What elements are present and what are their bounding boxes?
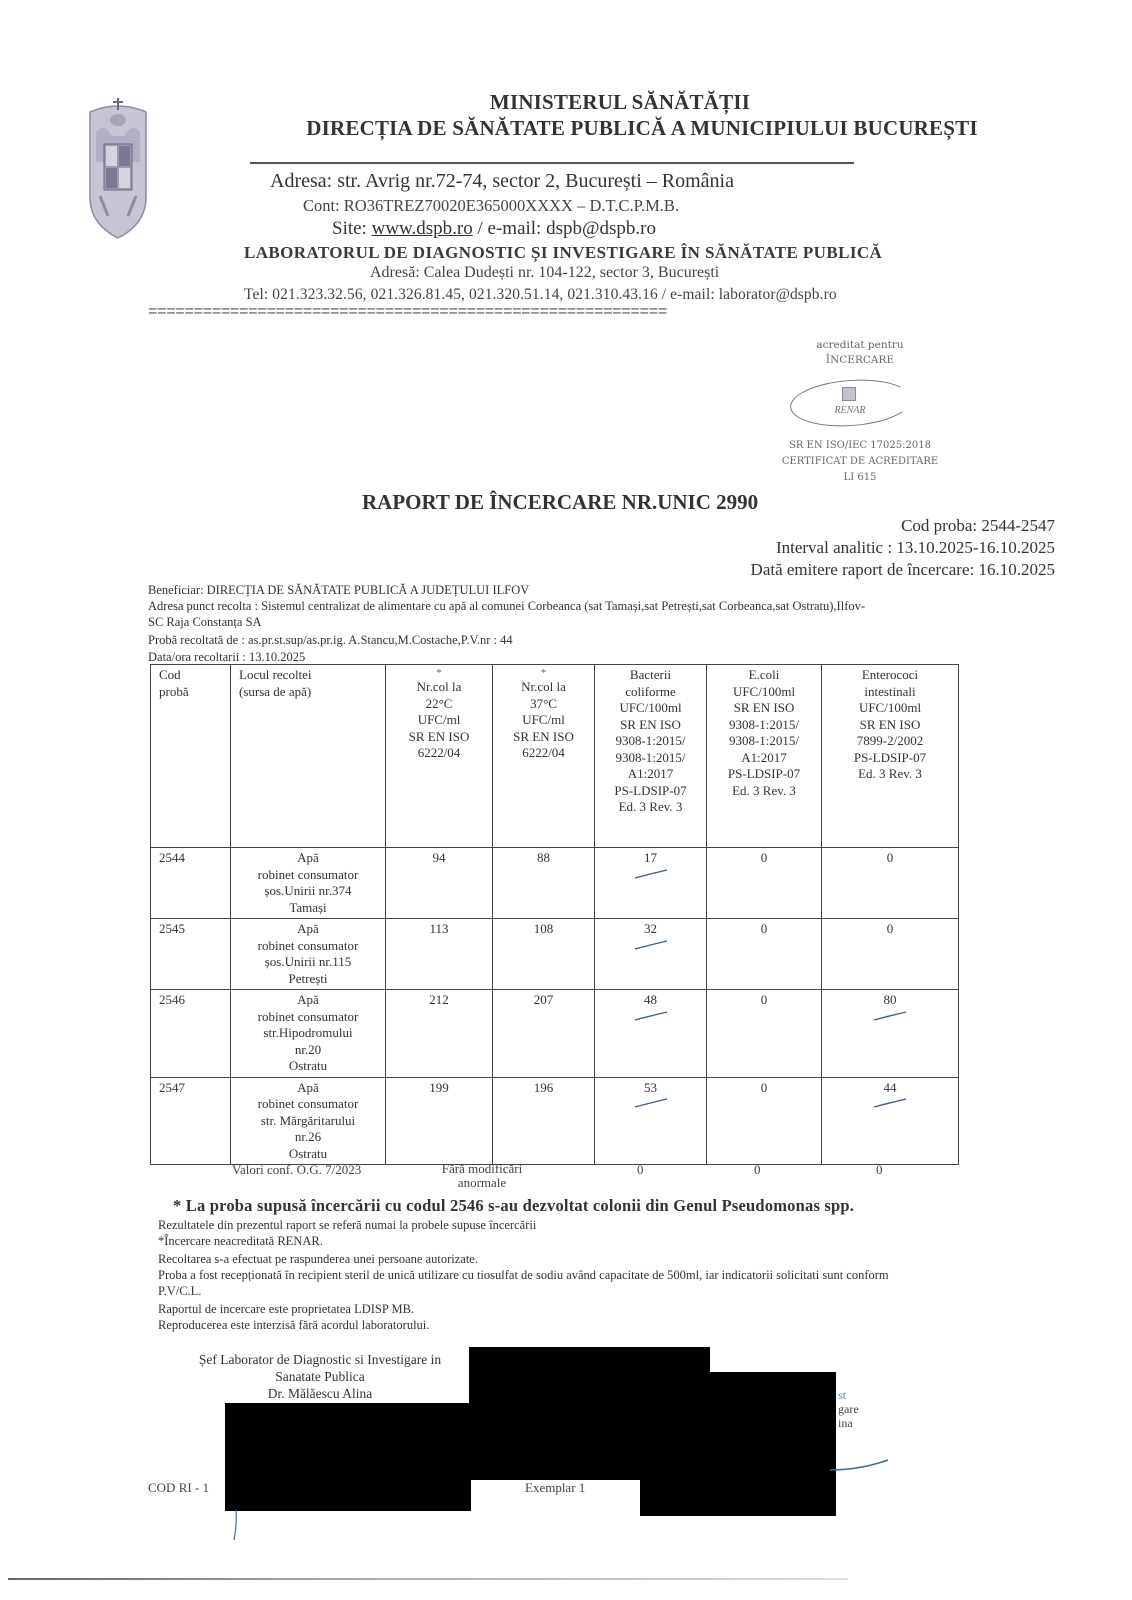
cell-value: 48 — [644, 992, 657, 1007]
cell-value: 88 — [537, 850, 550, 865]
pen-stroke-icon — [830, 1448, 890, 1472]
enterococci-cell: 0 — [822, 919, 959, 990]
note-line: *Încercare neacreditată RENAR. — [158, 1234, 323, 1249]
cell-value: 94 — [433, 850, 446, 865]
colonies-22c-cell: 212 — [386, 990, 493, 1078]
column-header: *Nr.col la37°CUFC/mlSR EN ISO6222/04 — [493, 665, 595, 848]
bank-account: Cont: RO36TREZ70020E365000XXXX – D.T.C.P… — [303, 196, 679, 216]
ministry-title: MINISTERUL SĂNĂTĂȚII — [300, 90, 940, 115]
column-header-line: PS-LDSIP-07 — [710, 766, 818, 783]
directorate-title: DIRECȚIA DE SĂNĂTATE PUBLICĂ A MUNICIPIU… — [262, 116, 1022, 141]
location-line: Apă — [234, 992, 382, 1009]
column-header: Locul recoltei(sursa de apă) — [231, 665, 386, 848]
table-row: 2545Apărobinet consumatorșos.Unirii nr.1… — [151, 919, 959, 990]
analytic-interval: Interval analitic : 13.10.2025-16.10.202… — [776, 538, 1055, 558]
cell-value: 44 — [884, 1080, 897, 1095]
cell-value: 212 — [429, 992, 449, 1007]
stamp-fragment-line: ina — [838, 1416, 859, 1430]
column-header-line: Bacterii — [598, 667, 703, 684]
directorate-address: Adresa: str. Avrig nr.72-74, sector 2, B… — [270, 170, 734, 193]
location-line: Tamași — [234, 900, 382, 917]
issue-date: Dată emitere raport de încercare: 16.10.… — [751, 560, 1055, 580]
limits-enterococci: 0 — [876, 1162, 883, 1178]
location-line: robinet consumator — [234, 1096, 382, 1113]
handwritten-flag-icon — [634, 1098, 668, 1108]
cell-value: 196 — [534, 1080, 554, 1095]
page-bottom-line — [8, 1578, 848, 1580]
sample-code-cell: 2544 — [151, 848, 231, 919]
column-header-line: 9308-1:2015/ — [710, 717, 818, 734]
column-header-line: 9308-1:2015/ — [598, 733, 703, 750]
colonies-37c-cell: 108 — [493, 919, 595, 990]
table-row: 2546Apărobinet consumatorstr.Hipodromulu… — [151, 990, 959, 1078]
colonies-22c-cell: 199 — [386, 1077, 493, 1165]
colonies-37c-cell: 88 — [493, 848, 595, 919]
column-header-line: SR EN ISO — [710, 700, 818, 717]
header-separator: ========================================… — [148, 308, 667, 317]
cell-value: 199 — [429, 1080, 449, 1095]
column-header-line: Ed. 3 Rev. 3 — [598, 799, 703, 816]
location-cell: Apărobinet consumatorstr. Mărgăritarului… — [231, 1077, 386, 1165]
site-line: Site: www.dspb.ro / e-mail: dspb@dspb.ro — [332, 218, 656, 240]
column-header-line: UFC/ml — [496, 712, 591, 729]
column-header-line: SR EN ISO — [389, 729, 489, 746]
collected-by: Probă recoltată de : as.pr.st.sup/as.pr.… — [148, 633, 513, 648]
column-header-line: Nr.col la — [496, 679, 591, 696]
site-link[interactable]: www.dspb.ro — [372, 218, 473, 239]
enterococci-cell: 80 — [822, 990, 959, 1078]
location-line: nr.26 — [234, 1129, 382, 1146]
column-header-line: UFC/100ml — [598, 700, 703, 717]
location-line: Ostratu — [234, 1058, 382, 1075]
location-line: str.Hipodromului — [234, 1025, 382, 1042]
column-header: EnterocociintestinaliUFC/100mlSR EN ISO7… — [822, 665, 959, 848]
note-line: Rezultatele din prezentul raport se refe… — [158, 1218, 536, 1233]
location-line: robinet consumator — [234, 867, 382, 884]
cell-value: 2545 — [159, 921, 185, 936]
cell-value: 108 — [534, 921, 554, 936]
coliform-cell: 53 — [595, 1077, 707, 1165]
redaction-box — [469, 1400, 710, 1480]
cell-value: 207 — [534, 992, 554, 1007]
column-header-line: SR EN ISO — [825, 717, 955, 734]
column-header-line: 9308-1:2015/ — [598, 750, 703, 767]
stamp-fragment: st gare ina — [838, 1388, 859, 1430]
sample-code-cell: 2547 — [151, 1077, 231, 1165]
pseudomonas-note: * La proba supusă încercării cu codul 25… — [173, 1196, 854, 1216]
column-header-line: PS-LDSIP-07 — [598, 783, 703, 800]
column-header-line: Cod — [159, 667, 227, 684]
location-cell: Apărobinet consumatorșos.Unirii nr.374Ta… — [231, 848, 386, 919]
header-divider — [250, 162, 854, 164]
stamp-fragment-line: gare — [838, 1402, 859, 1416]
column-header-line: Enterococi — [825, 667, 955, 684]
handwritten-flag-icon — [634, 869, 668, 879]
renar-logo-icon — [842, 387, 856, 401]
table-row: 2544Apărobinet consumatorșos.Unirii nr.3… — [151, 848, 959, 919]
sample-code: Cod proba: 2544-2547 — [901, 516, 1055, 536]
beneficiary: Beneficiar: DIRECȚIA DE SĂNĂTATE PUBLICĂ… — [148, 583, 529, 598]
site-label: Site: — [332, 218, 372, 239]
location-line: str. Mărgăritarului — [234, 1113, 382, 1130]
water-operator: SC Raja Constanța SA — [148, 615, 262, 630]
note-line: Reproducerea este interzisă fără acordul… — [158, 1318, 429, 1333]
collection-datetime: Data/ora recoltarii : 13.10.2025 — [148, 650, 305, 665]
laboratory-contact: Tel: 021.323.32.56, 021.326.81.45, 021.3… — [244, 286, 837, 304]
colonies-22c-cell: 94 — [386, 848, 493, 919]
cell-value: 53 — [644, 1080, 657, 1095]
ecoli-cell: 0 — [707, 1077, 822, 1165]
note-line: P.V/C.L. — [158, 1284, 201, 1299]
report-title: RAPORT DE ÎNCERCARE NR.UNIC 2990 — [362, 490, 758, 515]
accreditation-number: LI 615 — [745, 470, 975, 486]
stamp-fragment-line: st — [838, 1388, 859, 1402]
signature-name: Dr. Mălăescu Alina — [170, 1385, 470, 1402]
location-cell: Apărobinet consumatorstr.Hipodromuluinr.… — [231, 990, 386, 1078]
column-header-line: (sursa de apă) — [239, 684, 382, 701]
cell-value: 0 — [761, 850, 768, 865]
location-line: șos.Unirii nr.115 — [234, 954, 382, 971]
romania-coat-of-arms-icon — [84, 92, 152, 240]
renar-seal-text: RENAR — [815, 405, 885, 416]
laboratory-address: Adresă: Calea Dudești nr. 104-122, secto… — [370, 264, 719, 282]
column-header-line: 6222/04 — [496, 745, 591, 762]
column-header-line: UFC/100ml — [710, 684, 818, 701]
collection-address: Adresa punct recolta : Sistemul centrali… — [148, 599, 865, 614]
colonies-37c-cell: 196 — [493, 1077, 595, 1165]
column-header-line: 22°C — [389, 696, 489, 713]
site-email: / e-mail: dspb@dspb.ro — [473, 218, 656, 239]
coliform-cell: 48 — [595, 990, 707, 1078]
ecoli-cell: 0 — [707, 990, 822, 1078]
cell-value: 2547 — [159, 1080, 185, 1095]
table-row: 2547Apărobinet consumatorstr. Mărgăritar… — [151, 1077, 959, 1165]
signature-role-2: Sanatate Publica — [170, 1368, 470, 1385]
column-header-line: Ed. 3 Rev. 3 — [710, 783, 818, 800]
accreditation-certificate-label: CERTIFICAT DE ACREDITARE — [745, 454, 975, 470]
accreditation-certificate: SR EN ISO/IEC 17025:2018 CERTIFICAT DE A… — [745, 438, 975, 486]
column-header-line: PS-LDSIP-07 — [825, 750, 955, 767]
handwritten-flag-icon — [634, 940, 668, 950]
colonies-22c-cell: 113 — [386, 919, 493, 990]
column-header-line: coliforme — [598, 684, 703, 701]
cell-value: 0 — [887, 921, 894, 936]
cell-value: 0 — [761, 992, 768, 1007]
location-line: robinet consumator — [234, 938, 382, 955]
cell-value: 113 — [429, 921, 448, 936]
column-header-line: SR EN ISO — [598, 717, 703, 734]
column-header: *Nr.col la22°CUFC/mlSR EN ISO6222/04 — [386, 665, 493, 848]
cell-value: 17 — [644, 850, 657, 865]
enterococci-cell: 44 — [822, 1077, 959, 1165]
location-line: nr.20 — [234, 1042, 382, 1059]
location-line: șos.Unirii nr.374 — [234, 883, 382, 900]
accreditation-line-1: acreditat pentru — [745, 338, 975, 353]
redaction-box — [225, 1403, 471, 1511]
cell-value: 2546 — [159, 992, 185, 1007]
location-line: robinet consumator — [234, 1009, 382, 1026]
column-header-line: UFC/100ml — [825, 700, 955, 717]
laboratory-title: LABORATORUL DE DIAGNOSTIC ȘI INVESTIGARE… — [244, 243, 882, 263]
sample-code-cell: 2546 — [151, 990, 231, 1078]
column-header-line: intestinali — [825, 684, 955, 701]
note-line: Proba a fost recepționată în recipient s… — [158, 1268, 889, 1283]
location-line: Petrești — [234, 971, 382, 988]
location-line: Apă — [234, 850, 382, 867]
accreditation-standard: SR EN ISO/IEC 17025:2018 — [745, 438, 975, 454]
column-header-line: 6222/04 — [389, 745, 489, 762]
note-line: Recoltarea s-a efectuat pe raspunderea u… — [158, 1252, 478, 1267]
limits-coliform: 0 — [637, 1162, 644, 1178]
limits-ecoli: 0 — [754, 1162, 761, 1178]
signature-block: Șef Laborator de Diagnostic si Investiga… — [170, 1351, 470, 1402]
coliform-cell: 17 — [595, 848, 707, 919]
note-line: Raportul de incercare este proprietatea … — [158, 1302, 414, 1317]
cell-value: 0 — [761, 1080, 768, 1095]
accreditation-line-2: ÎNCERCARE — [745, 353, 975, 368]
ecoli-cell: 0 — [707, 848, 822, 919]
column-header-line: 9308-1:2015/ — [710, 733, 818, 750]
column-header-line: probă — [159, 684, 227, 701]
column-header: BacteriicoliformeUFC/100mlSR EN ISO9308-… — [595, 665, 707, 848]
column-header-line: SR EN ISO — [496, 729, 591, 746]
table-header-row: CodprobăLocul recoltei(sursa de apă)*Nr.… — [151, 665, 959, 848]
column-header-line: Locul recoltei — [239, 667, 382, 684]
column-header: Codprobă — [151, 665, 231, 848]
column-header-line: Nr.col la — [389, 679, 489, 696]
results-table: CodprobăLocul recoltei(sursa de apă)*Nr.… — [150, 664, 959, 1165]
accreditation-label: acreditat pentru ÎNCERCARE — [745, 338, 975, 368]
signature-role: Șef Laborator de Diagnostic si Investiga… — [170, 1351, 470, 1368]
column-header-line: 37°C — [496, 696, 591, 713]
column-header-line: A1:2017 — [598, 766, 703, 783]
pen-stroke-icon — [232, 1510, 240, 1540]
limits-label: Valori conf. O.G. 7/2023 — [232, 1162, 361, 1178]
renar-seal-icon — [789, 376, 914, 430]
cell-value: 80 — [884, 992, 897, 1007]
document-code: COD RI - 1 — [148, 1480, 209, 1496]
cell-value: 2544 — [159, 850, 185, 865]
column-header-line: 7899-2/2002 — [825, 733, 955, 750]
ecoli-cell: 0 — [707, 919, 822, 990]
column-header-line: Ed. 3 Rev. 3 — [825, 766, 955, 783]
column-header-line: UFC/ml — [389, 712, 489, 729]
non-accredited-marker: * — [389, 667, 489, 679]
sample-code-cell: 2545 — [151, 919, 231, 990]
column-header-line: A1:2017 — [710, 750, 818, 767]
handwritten-flag-icon — [873, 1098, 907, 1108]
cell-value: 0 — [761, 921, 768, 936]
cell-value: 32 — [644, 921, 657, 936]
enterococci-cell: 0 — [822, 848, 959, 919]
location-line: Ostratu — [234, 1146, 382, 1163]
column-header-line: E.coli — [710, 667, 818, 684]
handwritten-flag-icon — [634, 1011, 668, 1021]
location-cell: Apărobinet consumatorșos.Unirii nr.115Pe… — [231, 919, 386, 990]
handwritten-flag-icon — [873, 1011, 907, 1021]
column-header: E.coliUFC/100mlSR EN ISO9308-1:2015/9308… — [707, 665, 822, 848]
limits-colonies: Fără modificări anormale — [437, 1162, 527, 1190]
location-line: Apă — [234, 1080, 382, 1097]
non-accredited-marker: * — [496, 667, 591, 679]
location-line: Apă — [234, 921, 382, 938]
table-body: 2544Apărobinet consumatorșos.Unirii nr.3… — [151, 848, 959, 1165]
colonies-37c-cell: 207 — [493, 990, 595, 1078]
cell-value: 0 — [887, 850, 894, 865]
copy-number: Exemplar 1 — [525, 1480, 585, 1496]
coliform-cell: 32 — [595, 919, 707, 990]
